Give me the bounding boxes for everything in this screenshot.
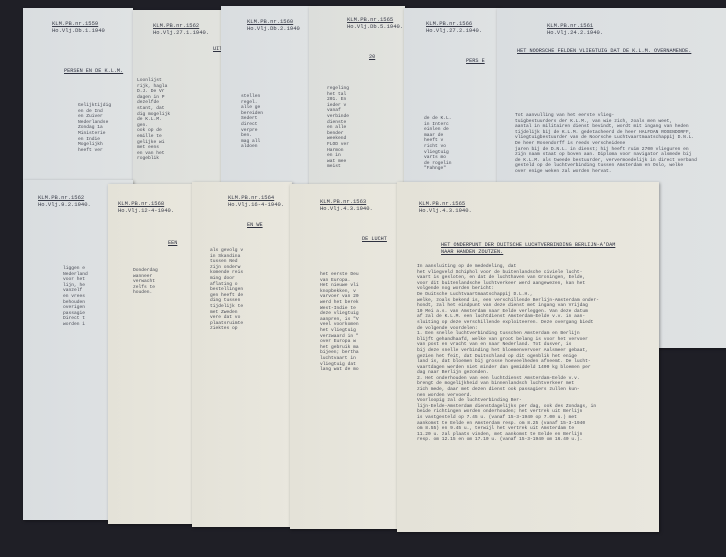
- press-bulletin-number: KLM.PB.nr.1565: [347, 16, 403, 23]
- document-date: Ho.Vlj.4.3.1940.: [419, 207, 472, 214]
- document-title: HET NOORSCHE FELDEN VLIEGTUIG DAT DE K.L…: [517, 48, 691, 55]
- document-date: Ho.Vlj.27.2.1940.: [426, 27, 482, 34]
- press-bulletin-number: KLM.PB.nr.1559: [52, 20, 105, 27]
- press-bulletin-number: KLM.PB.nr.1566: [426, 20, 482, 27]
- document-reference-number: KLM.PB.nr.1563Ho.Vlj.4.3.1940.: [320, 198, 373, 212]
- document-body-text: In aansluiting op de mededeling, dat het…: [417, 264, 599, 443]
- document-reference-number: KLM.PB.nr.1559Ho.Vlj.Db.1.1940: [52, 20, 105, 34]
- document-reference-number: KLM.PB.nr.1561Ho.Vlj.24.2.1940.: [547, 22, 603, 36]
- document-date: Ho.Vlj.Db.2.1940: [247, 25, 300, 32]
- document-reference-number: KLM.PB.nr.1565Ho.Vlj.4.3.1940.: [419, 200, 472, 214]
- document-reference-number: KLM.PB.nr.1562Ho.Vlj.9.2.1940.: [38, 194, 91, 208]
- press-bulletin-number: KLM.PB.nr.1564: [228, 194, 284, 201]
- document-body-text: regeling het tal 201. En ieder v vanaf v…: [327, 86, 349, 170]
- press-bulletin-number: KLM.PB.nr.1562: [38, 194, 91, 201]
- document-sheet: KLM.PB.nr.1559Ho.Vlj.Db.1.1940PERSEN EN …: [23, 8, 133, 188]
- document-date: Ho.Vlj.Db.5.1940.: [347, 23, 403, 30]
- document-date: Ho.Vlj.Db.1.1940: [52, 27, 105, 34]
- press-bulletin-number: KLM.PB.nr.1563: [320, 198, 373, 205]
- document-reference-number: KLM.PB.nr.1564Ho.Vlj.16-4-1940.: [228, 194, 284, 208]
- document-reference-number: KLM.PB.nr.1566Ho.Vlj.27.2.1940.: [426, 20, 482, 34]
- document-body-text: de de K.L. in Interc einlen de maar de h…: [424, 116, 452, 172]
- document-body-text: Donderdag wanneer verwacht zelfs te houd…: [133, 268, 158, 296]
- document-title: 20: [369, 54, 375, 61]
- press-bulletin-number: KLM.PB.nr.1565: [419, 200, 472, 207]
- document-date: Ho.Vlj.12-4-1940.: [118, 207, 174, 214]
- document-sheet: KLM.PB.nr.1562Ho.Vlj.27.1.1940.UITBLoonl…: [133, 10, 231, 190]
- press-bulletin-number: KLM.PB.nr.1560: [247, 18, 300, 25]
- document-title: PERS E: [466, 58, 485, 65]
- document-body-text: Tot aanvulling van het eerste vlieg- tui…: [515, 113, 697, 175]
- document-title: EN WE: [247, 222, 263, 229]
- document-reference-number: KLM.PB.nr.1560Ho.Vlj.Db.2.1940: [247, 18, 300, 32]
- document-sheet: KLM.PB.nr.1566Ho.Vlj.27.2.1940.PERS Ede …: [404, 8, 500, 188]
- press-bulletin-number: KLM.PB.nr.1568: [118, 200, 174, 207]
- document-date: Ho.Vlj.9.2.1940.: [38, 201, 91, 208]
- document-title: DE LUCHT: [362, 236, 387, 243]
- document-date: Ho.Vlj.27.1.1940.: [153, 29, 209, 36]
- press-bulletin-number: KLM.PB.nr.1561: [547, 22, 603, 29]
- document-sheet: KLM.PB.nr.1568Ho.Vlj.12-4-1940.EENDonder…: [108, 184, 198, 524]
- document-body-text: Gelijktijdig en de Ind en Zuiver Nederla…: [78, 103, 111, 153]
- document-body-text: liggen e Nederland voor het lijn, he van…: [63, 266, 88, 328]
- document-body-text: het eerste Deu van Europa. Het nieuwe vl…: [320, 272, 359, 373]
- document-title: EEN: [168, 240, 177, 247]
- document-sheet: KLM.PB.nr.1565Ho.Vlj.Db.5.1940.20regelin…: [309, 6, 405, 186]
- document-sheet: KLM.PB.nr.1564Ho.Vlj.16-4-1940.EN WEals …: [192, 182, 292, 527]
- document-sheet: KLM.PB.nr.1560Ho.Vlj.Db.2.1940stellen re…: [221, 6, 317, 186]
- press-bulletin-number: KLM.PB.nr.1562: [153, 22, 209, 29]
- document-reference-number: KLM.PB.nr.1562Ho.Vlj.27.1.1940.: [153, 22, 209, 36]
- document-body-text: Loonlijst rijk, hagla D.J. De Vr dagen i…: [137, 78, 170, 162]
- document-title: HET ONDERPUNT DER DUITSCHE LUCHTVERBINDI…: [441, 242, 615, 256]
- document-title: PERSEN EN DE K.L.M.: [64, 68, 123, 75]
- document-body-text: stellen regel. alle ge bereiden Sedert d…: [241, 94, 263, 150]
- document-date: Ho.Vlj.16-4-1940.: [228, 201, 284, 208]
- document-date: Ho.Vlj.24.2.1940.: [547, 29, 603, 36]
- document-sheet: KLM.PB.nr.1563Ho.Vlj.4.3.1940.DE LUCHThe…: [290, 184, 400, 529]
- document-sheet: KLM.PB.nr.1565Ho.Vlj.4.3.1940.HET ONDERP…: [397, 182, 659, 532]
- document-reference-number: KLM.PB.nr.1568Ho.Vlj.12-4-1940.: [118, 200, 174, 214]
- document-date: Ho.Vlj.4.3.1940.: [320, 205, 373, 212]
- document-reference-number: KLM.PB.nr.1565Ho.Vlj.Db.5.1940.: [347, 16, 403, 30]
- document-body-text: als gevolg v in Skandina tussen Ned zijn…: [210, 248, 243, 332]
